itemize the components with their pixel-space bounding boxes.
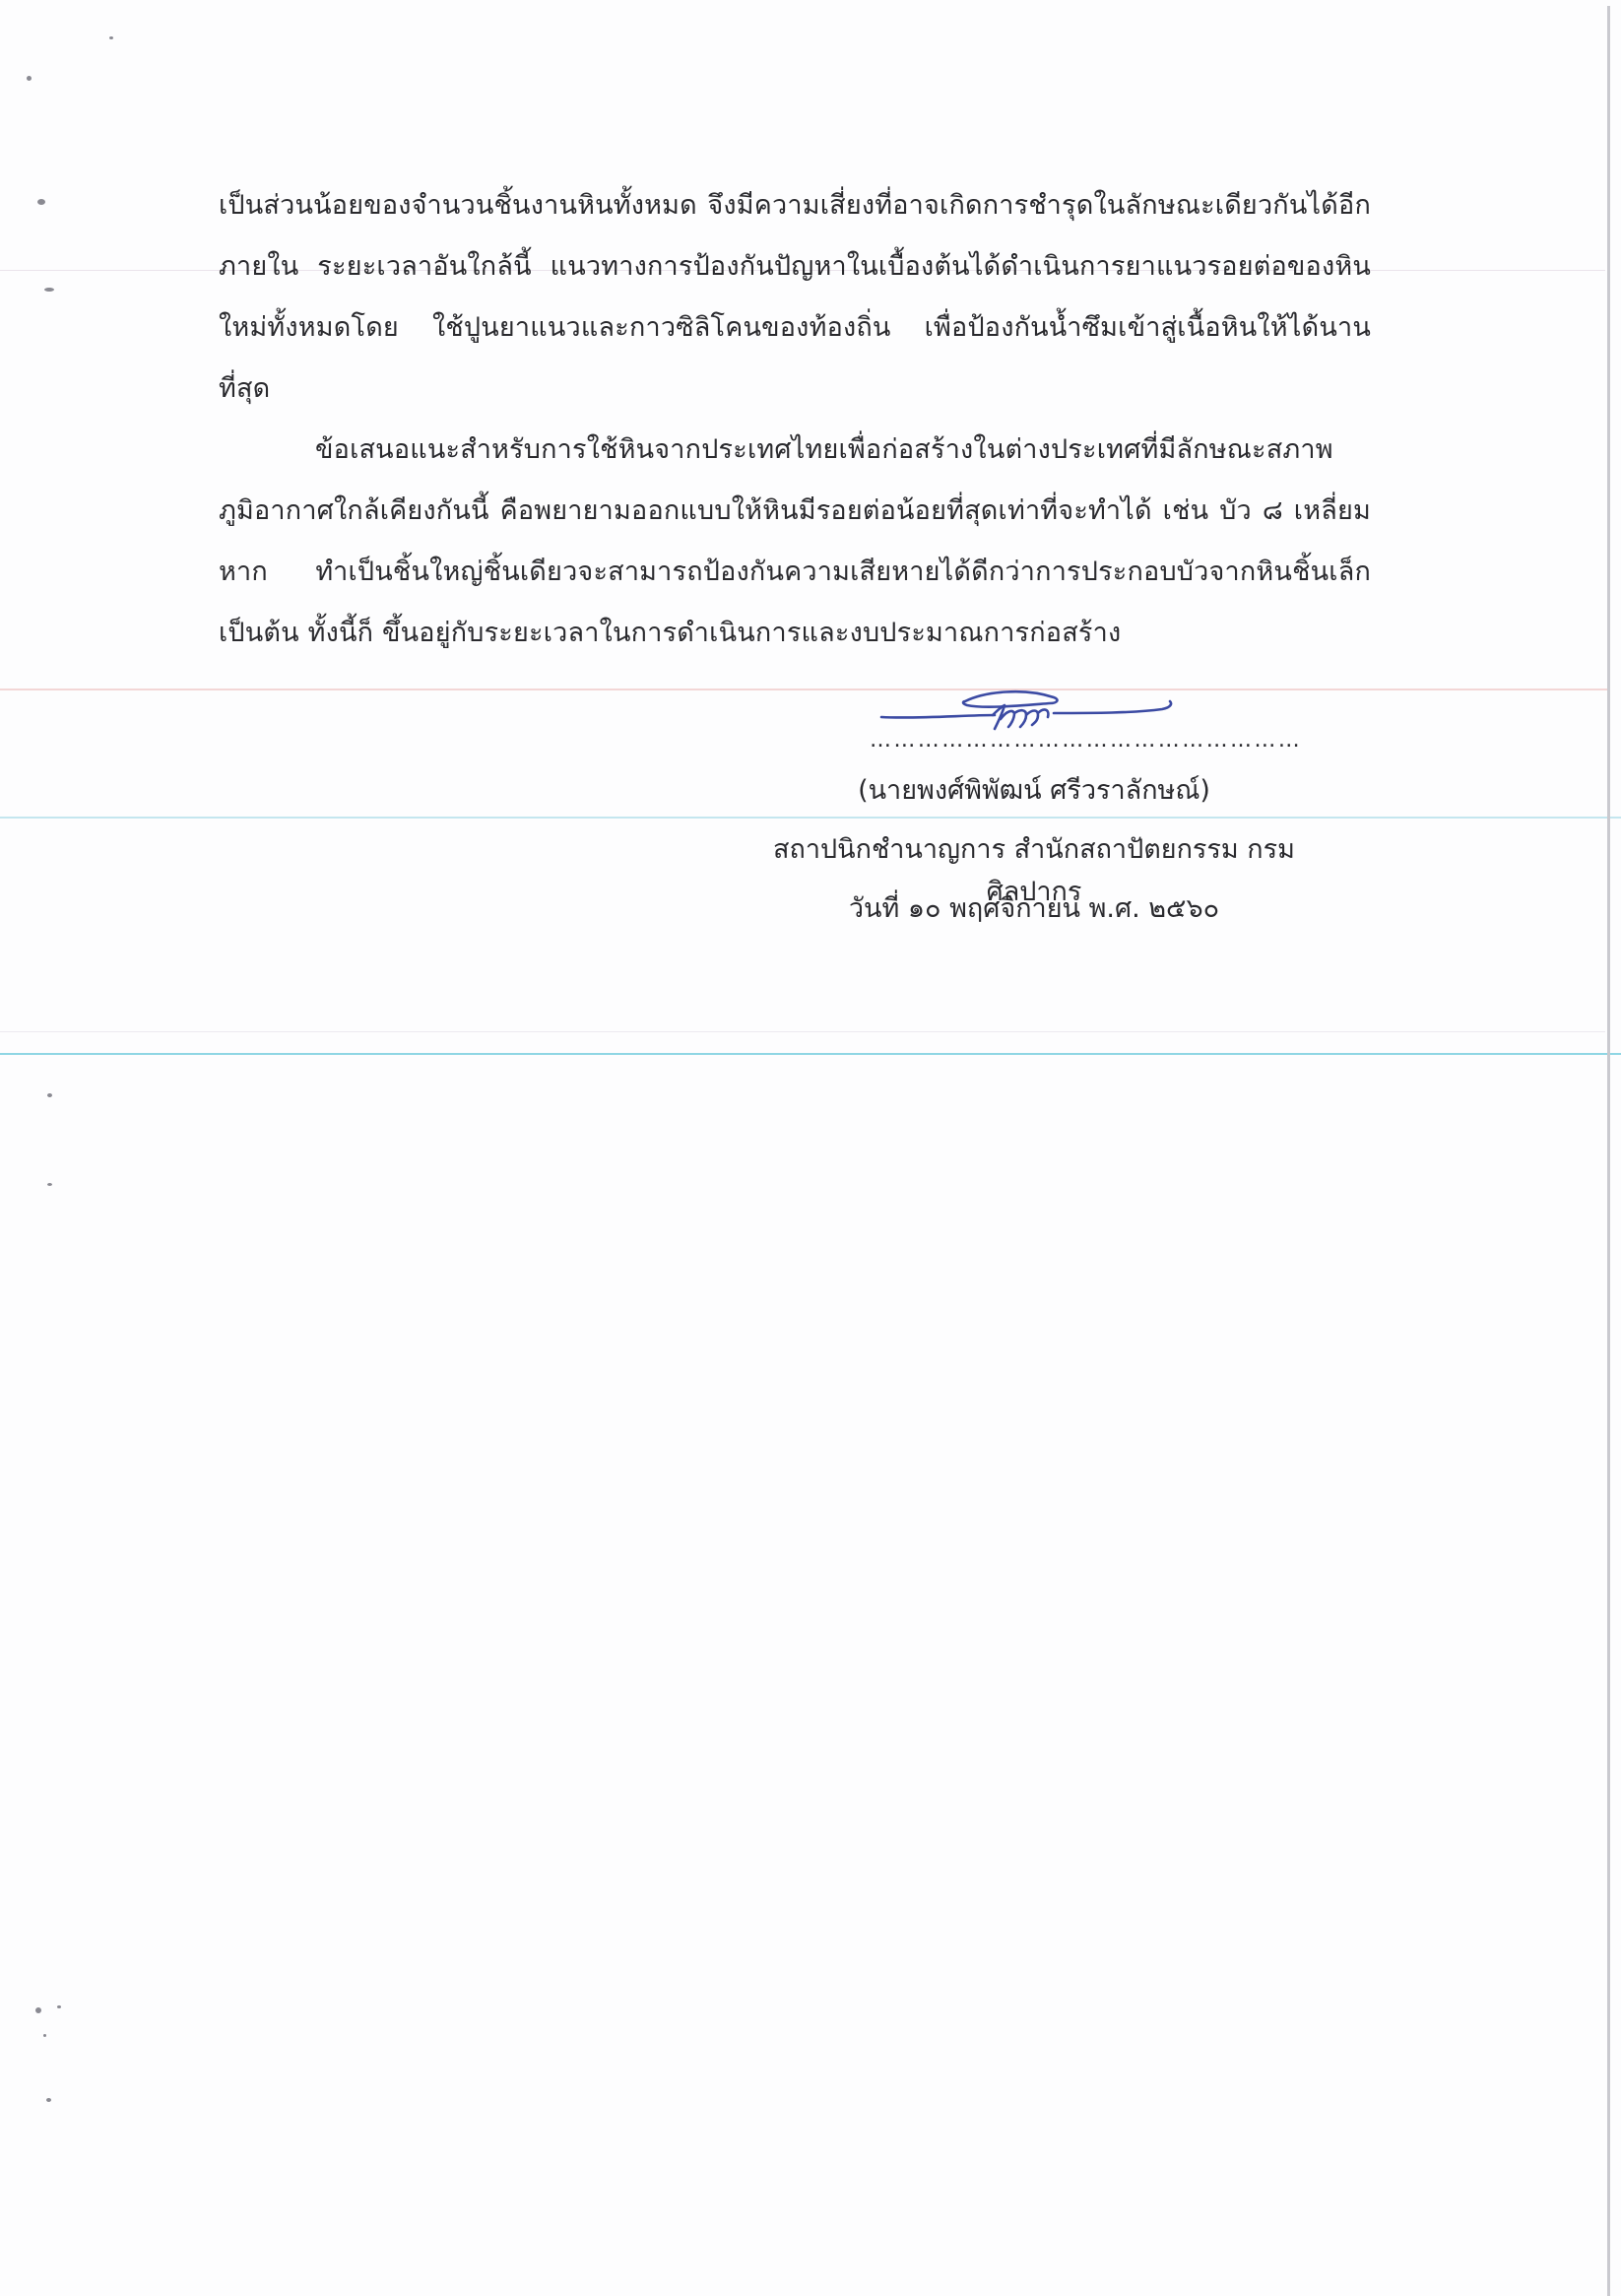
- scan-line-cyan: [0, 1053, 1621, 1055]
- scan-speck: [47, 1093, 52, 1097]
- scan-speck: [44, 288, 54, 292]
- scanned-page: เป็นส่วนน้อยของจำนวนชิ้นงานหินทั้งหมด จึ…: [0, 0, 1621, 2296]
- scan-speck: [35, 2007, 41, 2013]
- signatory-name: (นายพงศ์พิพัฒน์ ศรีวราลักษณ์): [729, 768, 1339, 811]
- paragraph-recommendation: ข้อเสนอแนะสำหรับการใช้หินจากประเทศไทยเพื…: [219, 420, 1371, 664]
- scan-speck: [27, 76, 32, 81]
- scan-line-blue: [0, 817, 1621, 819]
- scan-speck: [37, 199, 45, 205]
- page-edge: [1607, 6, 1610, 2296]
- scan-line: [0, 1031, 1605, 1032]
- scan-speck: [109, 36, 113, 39]
- signature-dotted-line: ………………………………………………: [870, 731, 1302, 751]
- document-date: วันที่ ๑๐ พฤศจิกายน พ.ศ. ๒๕๖๐: [729, 886, 1339, 929]
- paragraph-continuation: เป็นส่วนน้อยของจำนวนชิ้นงานหินทั้งหมด จึ…: [219, 175, 1371, 420]
- scan-speck: [47, 1183, 52, 1186]
- scan-line-pink: [0, 689, 1609, 690]
- scan-speck: [46, 2098, 51, 2102]
- document-body: เป็นส่วนน้อยของจำนวนชิ้นงานหินทั้งหมด จึ…: [219, 175, 1371, 664]
- scan-speck: [43, 2034, 46, 2037]
- scan-speck: [57, 2005, 61, 2008]
